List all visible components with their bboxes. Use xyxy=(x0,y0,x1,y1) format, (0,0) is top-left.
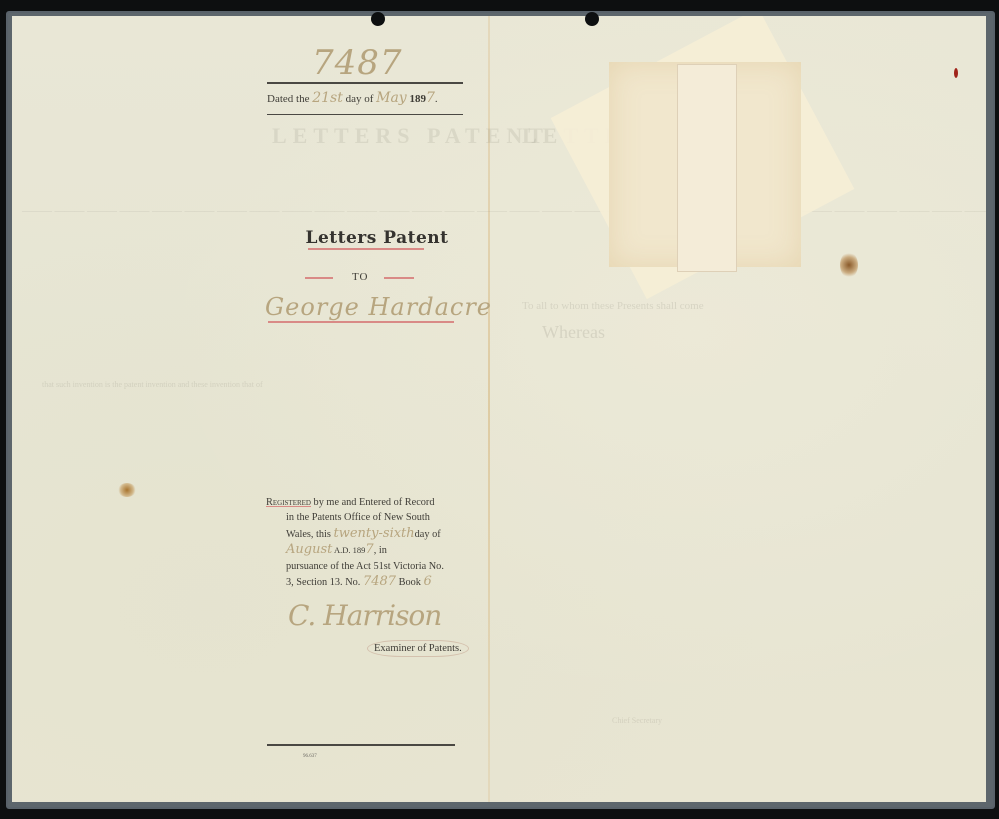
seal-tape-strip xyxy=(677,64,737,272)
reg-text: by me and Entered of Record xyxy=(311,497,435,508)
reg-day-hw: twenty-sixth xyxy=(334,526,415,541)
grantee-underline xyxy=(268,321,454,323)
reg-line: pursuance of the Act 51st Victoria No. xyxy=(266,559,471,574)
reg-year-hw: 7 xyxy=(365,542,373,557)
dated-suffix: . xyxy=(435,93,438,105)
dated-day: 21st xyxy=(312,90,343,106)
rule xyxy=(267,114,463,115)
form-code: 96.637 xyxy=(303,754,317,759)
show-through-footer: Chief Secretary xyxy=(612,716,662,725)
dated-month: May xyxy=(376,90,407,106)
reg-text: day of xyxy=(415,529,441,540)
reg-text: Wales, this xyxy=(286,529,334,540)
show-through-line3: that such invention is the patent invent… xyxy=(42,380,263,389)
reg-text: A.D. 189 xyxy=(332,545,365,555)
dated-middle: day of xyxy=(346,93,374,105)
rule xyxy=(267,82,463,84)
show-through-line: ——— ——— ——— ——— ——— ——— ——— ——— ——— ——— … xyxy=(22,206,986,217)
to-rule-left xyxy=(305,277,333,279)
show-through-line1: To all to whom these Presents shall come xyxy=(522,300,704,312)
dated-year-hw: 7 xyxy=(426,90,435,106)
examiner-signature: C. Harrison xyxy=(288,599,441,632)
red-mark xyxy=(954,68,958,78)
show-through-line2: Whereas xyxy=(542,322,605,343)
document-title: Letters Patent xyxy=(302,228,452,248)
reg-text: , in xyxy=(374,545,387,556)
grantee-name: George Hardacre xyxy=(265,293,492,321)
punch-hole-left xyxy=(371,12,385,26)
stain xyxy=(840,252,858,278)
reg-book-hw: 6 xyxy=(424,574,432,589)
patent-number: 7487 xyxy=(312,43,403,83)
document-page: LETTERS PATENT LETTERS PATENT ——— ——— ——… xyxy=(12,16,986,802)
footer-rule xyxy=(267,744,455,746)
dated-prefix: Dated the xyxy=(267,93,309,105)
show-through-heading: LETTERS PATENT xyxy=(272,123,549,149)
punch-hole-right xyxy=(585,12,599,26)
examiner-label: Examiner of Patents. xyxy=(367,640,469,657)
dated-year: 189 xyxy=(409,93,426,105)
reg-line: in the Patents Office of New South xyxy=(266,510,471,525)
to-rule-right xyxy=(384,277,414,279)
reg-text: Book xyxy=(396,577,423,588)
registered-word: Registered xyxy=(266,497,311,508)
reg-number-hw: 7487 xyxy=(363,574,396,589)
stain xyxy=(118,483,136,497)
dated-line: Dated the 21st day of May 1897. xyxy=(267,90,467,106)
to-label: TO xyxy=(352,271,368,283)
reg-text: 3, Section 13. No. xyxy=(286,577,363,588)
title-underline xyxy=(308,248,424,250)
registration-block: Registered by me and Entered of Record i… xyxy=(266,495,471,590)
reg-month-hw: August xyxy=(286,542,332,557)
